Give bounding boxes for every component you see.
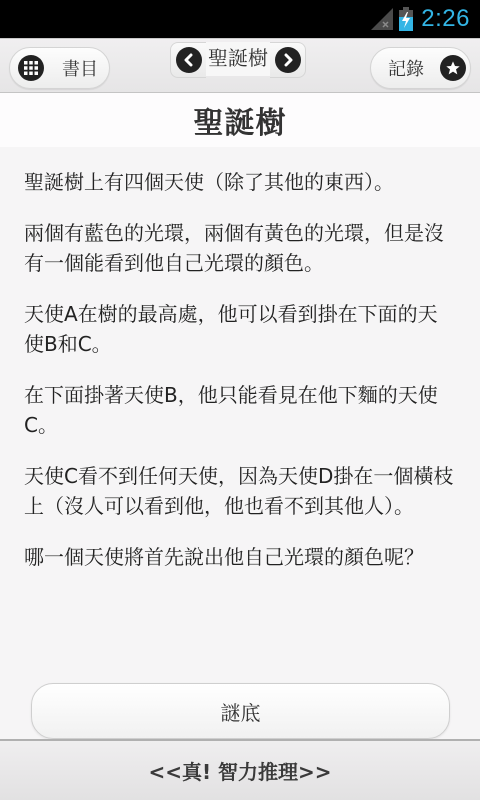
star-icon — [440, 55, 466, 81]
paragraph: 哪一個天使將首先說出他自己光環的顏色呢？ — [24, 542, 456, 572]
chapter-navigator: 聖誕樹 — [170, 42, 306, 78]
books-button[interactable]: 書目 — [9, 47, 110, 89]
paragraph: 兩個有藍色的光環，兩個有黃色的光環，但是沒有一個能看到他自己光環的顏色。 — [24, 218, 456, 278]
record-button-label: 記錄 — [388, 55, 424, 81]
app-header: 書目 聖誕樹 記錄 — [0, 38, 480, 93]
next-button[interactable] — [270, 42, 306, 78]
footer: <<真! 智力推理>> — [0, 739, 480, 800]
status-bar: 2:26 — [0, 0, 480, 38]
puzzle-content: 聖誕樹上有四個天使（除了其他的東西）。 兩個有藍色的光環，兩個有黃色的光環，但是… — [0, 147, 480, 739]
clock: 2:26 — [421, 5, 470, 33]
chevron-left-icon — [176, 47, 202, 73]
grid-icon — [18, 55, 44, 81]
signal-no-sim-icon — [371, 8, 393, 30]
chevron-right-icon — [275, 47, 301, 73]
nav-title: 聖誕樹 — [206, 42, 270, 76]
record-button[interactable]: 記錄 — [370, 47, 471, 89]
books-button-label: 書目 — [62, 55, 98, 81]
footer-app-link[interactable]: <<真! 智力推理>> — [148, 756, 331, 785]
title-area: 聖誕樹 — [0, 93, 480, 147]
page-title: 聖誕樹 — [194, 98, 287, 142]
battery-charging-icon — [399, 7, 413, 31]
paragraph: 天使A在樹的最高處，他可以看到掛在下面的天使B和C。 — [24, 299, 456, 359]
paragraph: 聖誕樹上有四個天使（除了其他的東西）。 — [24, 167, 456, 197]
paragraph: 在下面掛著天使B，他只能看見在他下麵的天使C。 — [24, 380, 456, 440]
answer-button[interactable]: 謎底 — [31, 683, 450, 739]
paragraph: 天使C看不到任何天使，因為天使D掛在一個橫枝上（沒人可以看到他，他也看不到其他人… — [24, 461, 456, 521]
prev-button[interactable] — [170, 42, 206, 78]
